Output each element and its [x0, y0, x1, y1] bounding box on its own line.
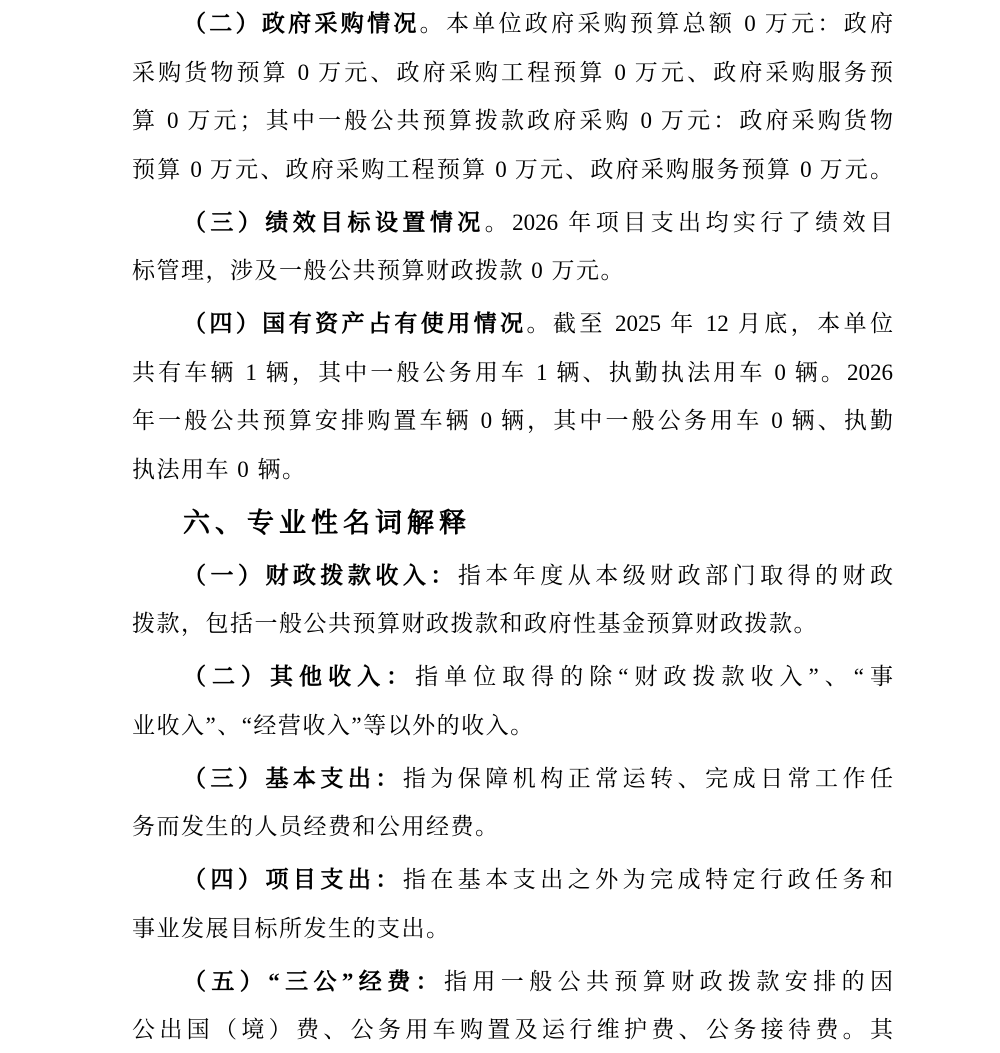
text-line: （五）“三公”经费：指用一般公共预算财政拨款安排的因	[132, 958, 893, 1007]
line-text: 预算 0 万元、政府采购工程预算 0 万元、政府采购服务预算 0 万元。	[132, 157, 893, 182]
text-line: （一）财政拨款收入：指本年度从本级财政部门取得的财政	[132, 552, 893, 601]
text-line: 算 0 万元；其中一般公共预算拨款政府采购 0 万元：政府采购货物	[132, 97, 893, 146]
bold-lead-text: （五）“三公”经费：	[183, 969, 444, 994]
text-line: 采购货物预算 0 万元、政府采购工程预算 0 万元、政府采购服务预	[132, 49, 893, 98]
line-text: 年一般公共预算安排购置车辆 0 辆，其中一般公务用车 0 辆、执勤	[132, 408, 893, 433]
text-line: （四）项目支出：指在基本支出之外为完成特定行政任务和	[132, 856, 893, 905]
text-line: 预算 0 万元、政府采购工程预算 0 万元、政府采购服务预算 0 万元。	[132, 146, 893, 195]
bold-lead-text: （三）基本支出：	[183, 766, 403, 791]
state-assets-paragraph: （四）国有资产占有使用情况。截至 2025 年 12 月底，本单位共有车辆 1 …	[132, 300, 893, 494]
line-text: 指单位取得的除“财政拨款收入”、“事	[415, 664, 893, 689]
text-line: 标管理，涉及一般公共预算财政拨款 0 万元。	[132, 247, 893, 296]
line-text: 事业发展目标所发生的支出。	[132, 916, 451, 941]
line-text: 指为保障机构正常运转、完成日常工作任	[403, 766, 893, 791]
line-text: 算 0 万元；其中一般公共预算拨款政府采购 0 万元：政府采购货物	[132, 108, 893, 133]
line-text: 共有车辆 1 辆，其中一般公务用车 1 辆、执勤执法用车 0 辆。2026	[132, 360, 893, 385]
bold-lead-text: （三）绩效目标设置情况	[183, 210, 485, 235]
bold-lead-text: （二）其他收入：	[183, 664, 415, 689]
bold-lead-text: （四）国有资产占有使用情况	[183, 311, 527, 336]
line-text: 务而发生的人员经费和公用经费。	[132, 814, 500, 839]
line-text: 采购货物预算 0 万元、政府采购工程预算 0 万元、政府采购服务预	[132, 60, 893, 85]
document-body: （二）政府采购情况。本单位政府采购预算总额 0 万元：政府采购货物预算 0 万元…	[132, 0, 893, 1053]
text-line: （三）绩效目标设置情况。2026 年项目支出均实行了绩效目	[132, 199, 893, 248]
line-text: 指用一般公共预算财政拨款安排的因	[444, 969, 893, 994]
text-line: 事业发展目标所发生的支出。	[132, 905, 893, 954]
bold-lead-text: （四）项目支出：	[183, 867, 403, 892]
text-line: 执法用车 0 辆。	[132, 446, 893, 495]
line-text: 拨款，包括一般公共预算财政拨款和政府性基金预算财政拨款。	[132, 611, 818, 636]
bold-lead-text: 六、专业性名词解释	[183, 508, 471, 538]
text-line: 务而发生的人员经费和公用经费。	[132, 803, 893, 852]
text-line: 共有车辆 1 辆，其中一般公务用车 1 辆、执勤执法用车 0 辆。2026	[132, 349, 893, 398]
bold-lead-text: （一）财政拨款收入：	[183, 563, 458, 588]
line-text: 执法用车 0 辆。	[132, 457, 307, 482]
text-line: （四）国有资产占有使用情况。截至 2025 年 12 月底，本单位	[132, 300, 893, 349]
text-line: （二）政府采购情况。本单位政府采购预算总额 0 万元：政府	[132, 0, 893, 49]
government-procurement-paragraph: （二）政府采购情况。本单位政府采购预算总额 0 万元：政府采购货物预算 0 万元…	[132, 0, 893, 194]
line-text: 。本单位政府采购预算总额 0 万元：政府	[420, 11, 893, 36]
line-text: 公出国（境）费、公务用车购置及运行维护费、公务接待费。其	[132, 1017, 893, 1042]
project-expenditure-paragraph: （四）项目支出：指在基本支出之外为完成特定行政任务和事业发展目标所发生的支出。	[132, 856, 893, 953]
line-text: 指在基本支出之外为完成特定行政任务和	[403, 867, 893, 892]
line-text: 业收入”、“经营收入”等以外的收入。	[132, 713, 535, 738]
text-line: 业收入”、“经营收入”等以外的收入。	[132, 702, 893, 751]
terminology-section-heading: 六、专业性名词解释	[132, 499, 893, 548]
line-text: 标管理，涉及一般公共预算财政拨款 0 万元。	[132, 258, 625, 283]
text-line: （二）其他收入：指单位取得的除“财政拨款收入”、“事	[132, 653, 893, 702]
three-public-funds-paragraph: （五）“三公”经费：指用一般公共预算财政拨款安排的因公出国（境）费、公务用车购置…	[132, 958, 893, 1053]
bold-lead-text: （二）政府采购情况	[183, 11, 420, 36]
line-text: 指本年度从本级财政部门取得的财政	[458, 563, 893, 588]
text-line: 六、专业性名词解释	[132, 499, 893, 548]
line-text: 。2026 年项目支出均实行了绩效目	[485, 210, 893, 235]
basic-expenditure-paragraph: （三）基本支出：指为保障机构正常运转、完成日常工作任务而发生的人员经费和公用经费…	[132, 755, 893, 852]
other-income-paragraph: （二）其他收入：指单位取得的除“财政拨款收入”、“事业收入”、“经营收入”等以外…	[132, 653, 893, 750]
text-line: （三）基本支出：指为保障机构正常运转、完成日常工作任	[132, 755, 893, 804]
text-line: 拨款，包括一般公共预算财政拨款和政府性基金预算财政拨款。	[132, 600, 893, 649]
line-text: 。截至 2025 年 12 月底，本单位	[527, 311, 894, 336]
fiscal-appropriation-income-paragraph: （一）财政拨款收入：指本年度从本级财政部门取得的财政拨款，包括一般公共预算财政拨…	[132, 552, 893, 649]
text-line: 年一般公共预算安排购置车辆 0 辆，其中一般公务用车 0 辆、执勤	[132, 397, 893, 446]
performance-target-paragraph: （三）绩效目标设置情况。2026 年项目支出均实行了绩效目标管理，涉及一般公共预…	[132, 199, 893, 296]
text-line: 公出国（境）费、公务用车购置及运行维护费、公务接待费。其	[132, 1006, 893, 1053]
document-page: （二）政府采购情况。本单位政府采购预算总额 0 万元：政府采购货物预算 0 万元…	[0, 0, 1000, 1053]
